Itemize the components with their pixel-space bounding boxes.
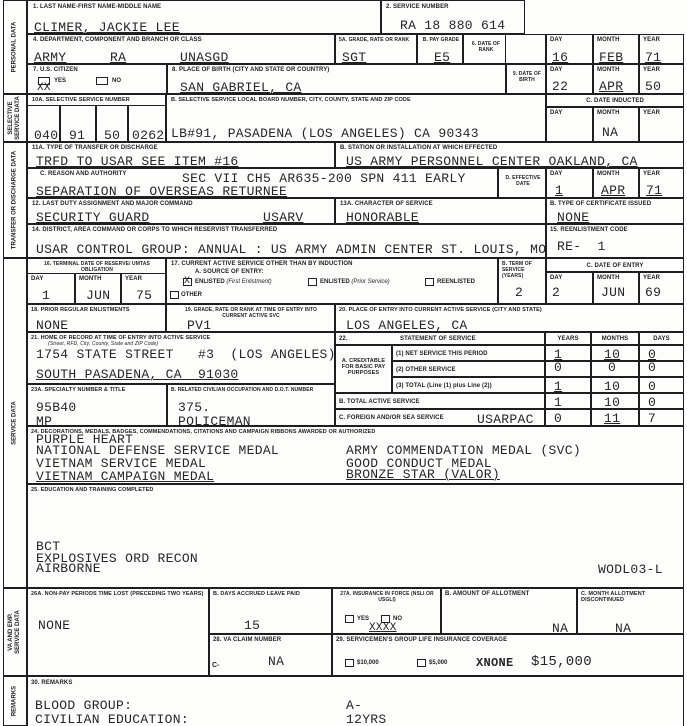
section-label-va: VA AND EMP. SERVICE DATA [3, 588, 27, 676]
row1-months: 10 [591, 345, 639, 361]
statement-years-header: YEARS [545, 332, 591, 345]
field-effective-date-label: d. EFFECTIVE DATE [498, 168, 546, 198]
sgli-5000-checkbox[interactable] [417, 659, 426, 667]
source-enlisted-first-checkbox[interactable] [183, 278, 192, 286]
field-place-of-entry: 20. PLACE OF ENTRY INTO CURRENT ACTIVE S… [335, 304, 684, 332]
statement-row-3: (3) TOTAL (Line (1) plus Line (2)) [392, 377, 545, 393]
field-va-claim: 28. VA CLAIM NUMBER C- NA [209, 634, 332, 676]
row5-months: 11 [591, 409, 639, 426]
entry-year: YEAR 69 [639, 272, 684, 304]
row5-days: 7 [639, 409, 684, 426]
dob-year: YEAR 50 [639, 64, 684, 94]
row3-months: 10 [591, 377, 639, 393]
row3-days: 0 [639, 377, 684, 393]
statement-months-header: MONTHS [591, 332, 639, 345]
section-label-personal: PERSONAL DATA [3, 0, 27, 94]
row3-years: 1 [545, 377, 591, 393]
field-spacer [506, 34, 546, 64]
field-grade-at-entry: 19. GRADE, RATE OR RANK AT TIME OF ENTRY… [166, 304, 335, 332]
dob-month: MONTH APR [593, 64, 639, 94]
inducted-day: DAY [546, 107, 593, 142]
field-entry-date: c. DATE OF ENTRY [546, 258, 684, 272]
row1-years: 1 [545, 345, 591, 361]
statement-row-5: c. FOREIGN AND/OR SEA SERVICE USARPAC [335, 409, 545, 426]
field-selective-service-number: 10a. SELECTIVE SERVICE NUMBER 040 91 50 … [27, 94, 166, 142]
inducted-year: YEAR [639, 107, 684, 142]
source-enlisted-prior-checkbox[interactable] [308, 278, 317, 286]
row2-months: 0 [591, 361, 639, 377]
field-allotment-discontinued: c. MONTH ALLOTMENT DISCONTINUED NA [577, 588, 684, 634]
name-value: CLIMER, JACKIE LEE [34, 21, 180, 34]
field-character: 13a. CHARACTER OF SERVICE HONORABLE [335, 198, 546, 224]
field-service-number: 2. SERVICE NUMBER RA 18 880 614 [381, 0, 525, 34]
field-reason-authority: c. REASON AND AUTHORITY SEC VII CH5 AR63… [27, 168, 498, 198]
statement-row-4: b. TOTAL ACTIVE SERVICE [335, 393, 545, 409]
field-education: 25. EDUCATION AND TRAINING COMPLETED BCT… [27, 484, 684, 588]
dd214-form: PERSONAL DATA SELECTIVE SERVICE DATA TRA… [0, 0, 687, 726]
entry-month: MONTH JUN [593, 272, 639, 304]
field-term-of-service: b. TERM OF SERVICE (Years) 2 [498, 258, 546, 304]
field-date-inducted: c. DATE INDUCTED [546, 94, 684, 107]
statement-days-header: DAYS [639, 332, 684, 345]
section-label-transfer: TRANSFER OR DISCHARGE DATA [3, 142, 27, 258]
field-transfer-type: 11a. TYPE OF TRANSFER OR DISCHARGE TRFD … [27, 142, 335, 168]
entry-day: DAY 2 [546, 272, 593, 304]
effective-year: YEAR 71 [639, 168, 684, 198]
field-reenlistment: 15. REENLISTMENT CODE RE- 1 [546, 224, 684, 258]
field-local-board: b. SELECTIVE SERVICE LOCAL BOARD NUMBER,… [166, 94, 546, 142]
row4-months: 10 [591, 393, 639, 409]
date-of-rank-month: MONTH FEB [593, 34, 639, 64]
field-remarks: 30. REMARKS BLOOD GROUP: A- CIVILIAN EDU… [27, 676, 684, 726]
source-other-checkbox[interactable] [170, 291, 179, 299]
effective-month: MONTH APR [593, 168, 639, 198]
field-date-of-rank-label: 6. DATE OF RANK [463, 34, 506, 64]
field-allotment-amount: b. AMOUNT OF ALLOTMENT NA [441, 588, 577, 634]
field-terminal-date: 16. TERMINAL DATE OF RESERVE/ UMTAS OBLI… [27, 258, 166, 304]
field-insurance: 27a. INSURANCE IN FORCE (NSLI or USGLI) … [332, 588, 441, 634]
field-decorations: 24. DECORATIONS, MEDALS, BADGES, COMMEND… [27, 426, 684, 484]
section-label-selective: SELECTIVE SERVICE DATA [3, 94, 27, 142]
section-label-service: SERVICE DATA [3, 258, 27, 588]
row5-years: 0 [545, 409, 591, 426]
field-department: 4. DEPARTMENT, COMPONENT AND BRANCH OR C… [27, 34, 335, 64]
dob-day: DAY 22 [546, 64, 593, 94]
creditable-label: a. CREDITABLE FOR BASIC PAY PURPOSES [335, 345, 392, 393]
ssn-box-2: 91 [60, 105, 96, 143]
row4-days: 0 [639, 393, 684, 409]
field-pay-grade: b. PAY GRADE E5 [417, 34, 463, 64]
field-nonpay-periods: 26a. NON-PAY PERIODS TIME LOST (Precedin… [27, 588, 209, 676]
source-reenlisted-checkbox[interactable] [425, 278, 434, 286]
date-of-rank-day: DAY 16 [546, 34, 593, 64]
field-district: 14. DISTRICT, AREA COMMAND OR CORPS TO W… [27, 224, 546, 258]
field-specialty: 23a. SPECIALTY NUMBER & TITLE 95B40 MP [27, 384, 167, 426]
ssn-box-4: 0262 [128, 105, 166, 143]
sgli-10000-checkbox[interactable] [345, 659, 354, 667]
field-citizen: 7. U.S. CITIZEN YES XX NO [27, 64, 167, 94]
citizen-no-checkbox[interactable] [96, 77, 108, 85]
field-birthplace: 8. PLACE OF BIRTH (City and State or Cou… [167, 64, 506, 94]
field-dob-label: 9. DATE OF BIRTH [506, 64, 546, 94]
field-station: b. STATION OR INSTALLATION AT WHICH EFFE… [335, 142, 684, 168]
statement-row-1: (1) NET SERVICE THIS PERIOD [392, 345, 545, 361]
field-last-duty: 12. LAST DUTY ASSIGNMENT AND MAJOR COMMA… [27, 198, 335, 224]
field-grade: 5a. GRADE, RATE OR RANK SGT [335, 34, 417, 64]
insurance-yes-checkbox[interactable] [345, 615, 354, 623]
field-name: 1. LAST NAME-FIRST NAME-MIDDLE NAME CLIM… [27, 0, 381, 34]
service-number-value: RA 18 880 614 [400, 19, 505, 32]
row4-years: 1 [545, 393, 591, 409]
terminal-day: DAY 1 [27, 273, 75, 305]
ssn-box-1: 040 [27, 105, 60, 143]
statement-row-2: (2) OTHER SERVICE [392, 361, 545, 377]
statement-header: 22. STATEMENT OF SERVICE [335, 332, 545, 345]
field-accrued-leave: b. DAYS ACCRUED LEAVE PAID 15 [209, 588, 332, 634]
inducted-month: MONTH NA [593, 107, 639, 142]
field-civilian-occupation: b. RELATED CIVILIAN OCCUPATION AND D.O.T… [167, 384, 335, 426]
field-home-of-record: 21. HOME OF RECORD AT TIME OF ENTRY INTO… [27, 332, 335, 384]
row1-days: 0 [639, 345, 684, 361]
field-prior-enlistments: 18. PRIOR REGULAR ENLISTMENTS NONE [27, 304, 166, 332]
row2-days: 0 [639, 361, 684, 377]
terminal-month: MONTH JUN [75, 273, 121, 305]
ssn-box-3: 50 [96, 105, 128, 143]
row2-years: 0 [545, 361, 591, 377]
field-sgli: 29. SERVICEMEN'S GROUP LIFE INSURANCE CO… [332, 634, 684, 676]
terminal-year: YEAR 75 [121, 273, 166, 305]
effective-day: DAY 1 [546, 168, 593, 198]
date-of-rank-year: YEAR 71 [639, 34, 684, 64]
field-current-active-service: 17. CURRENT ACTIVE SERVICE OTHER THAN BY… [166, 258, 498, 304]
section-label-remarks: REMARKS [3, 676, 27, 726]
field-certificate: b. TYPE OF CERTIFICATE ISSUED NONE [546, 198, 684, 224]
